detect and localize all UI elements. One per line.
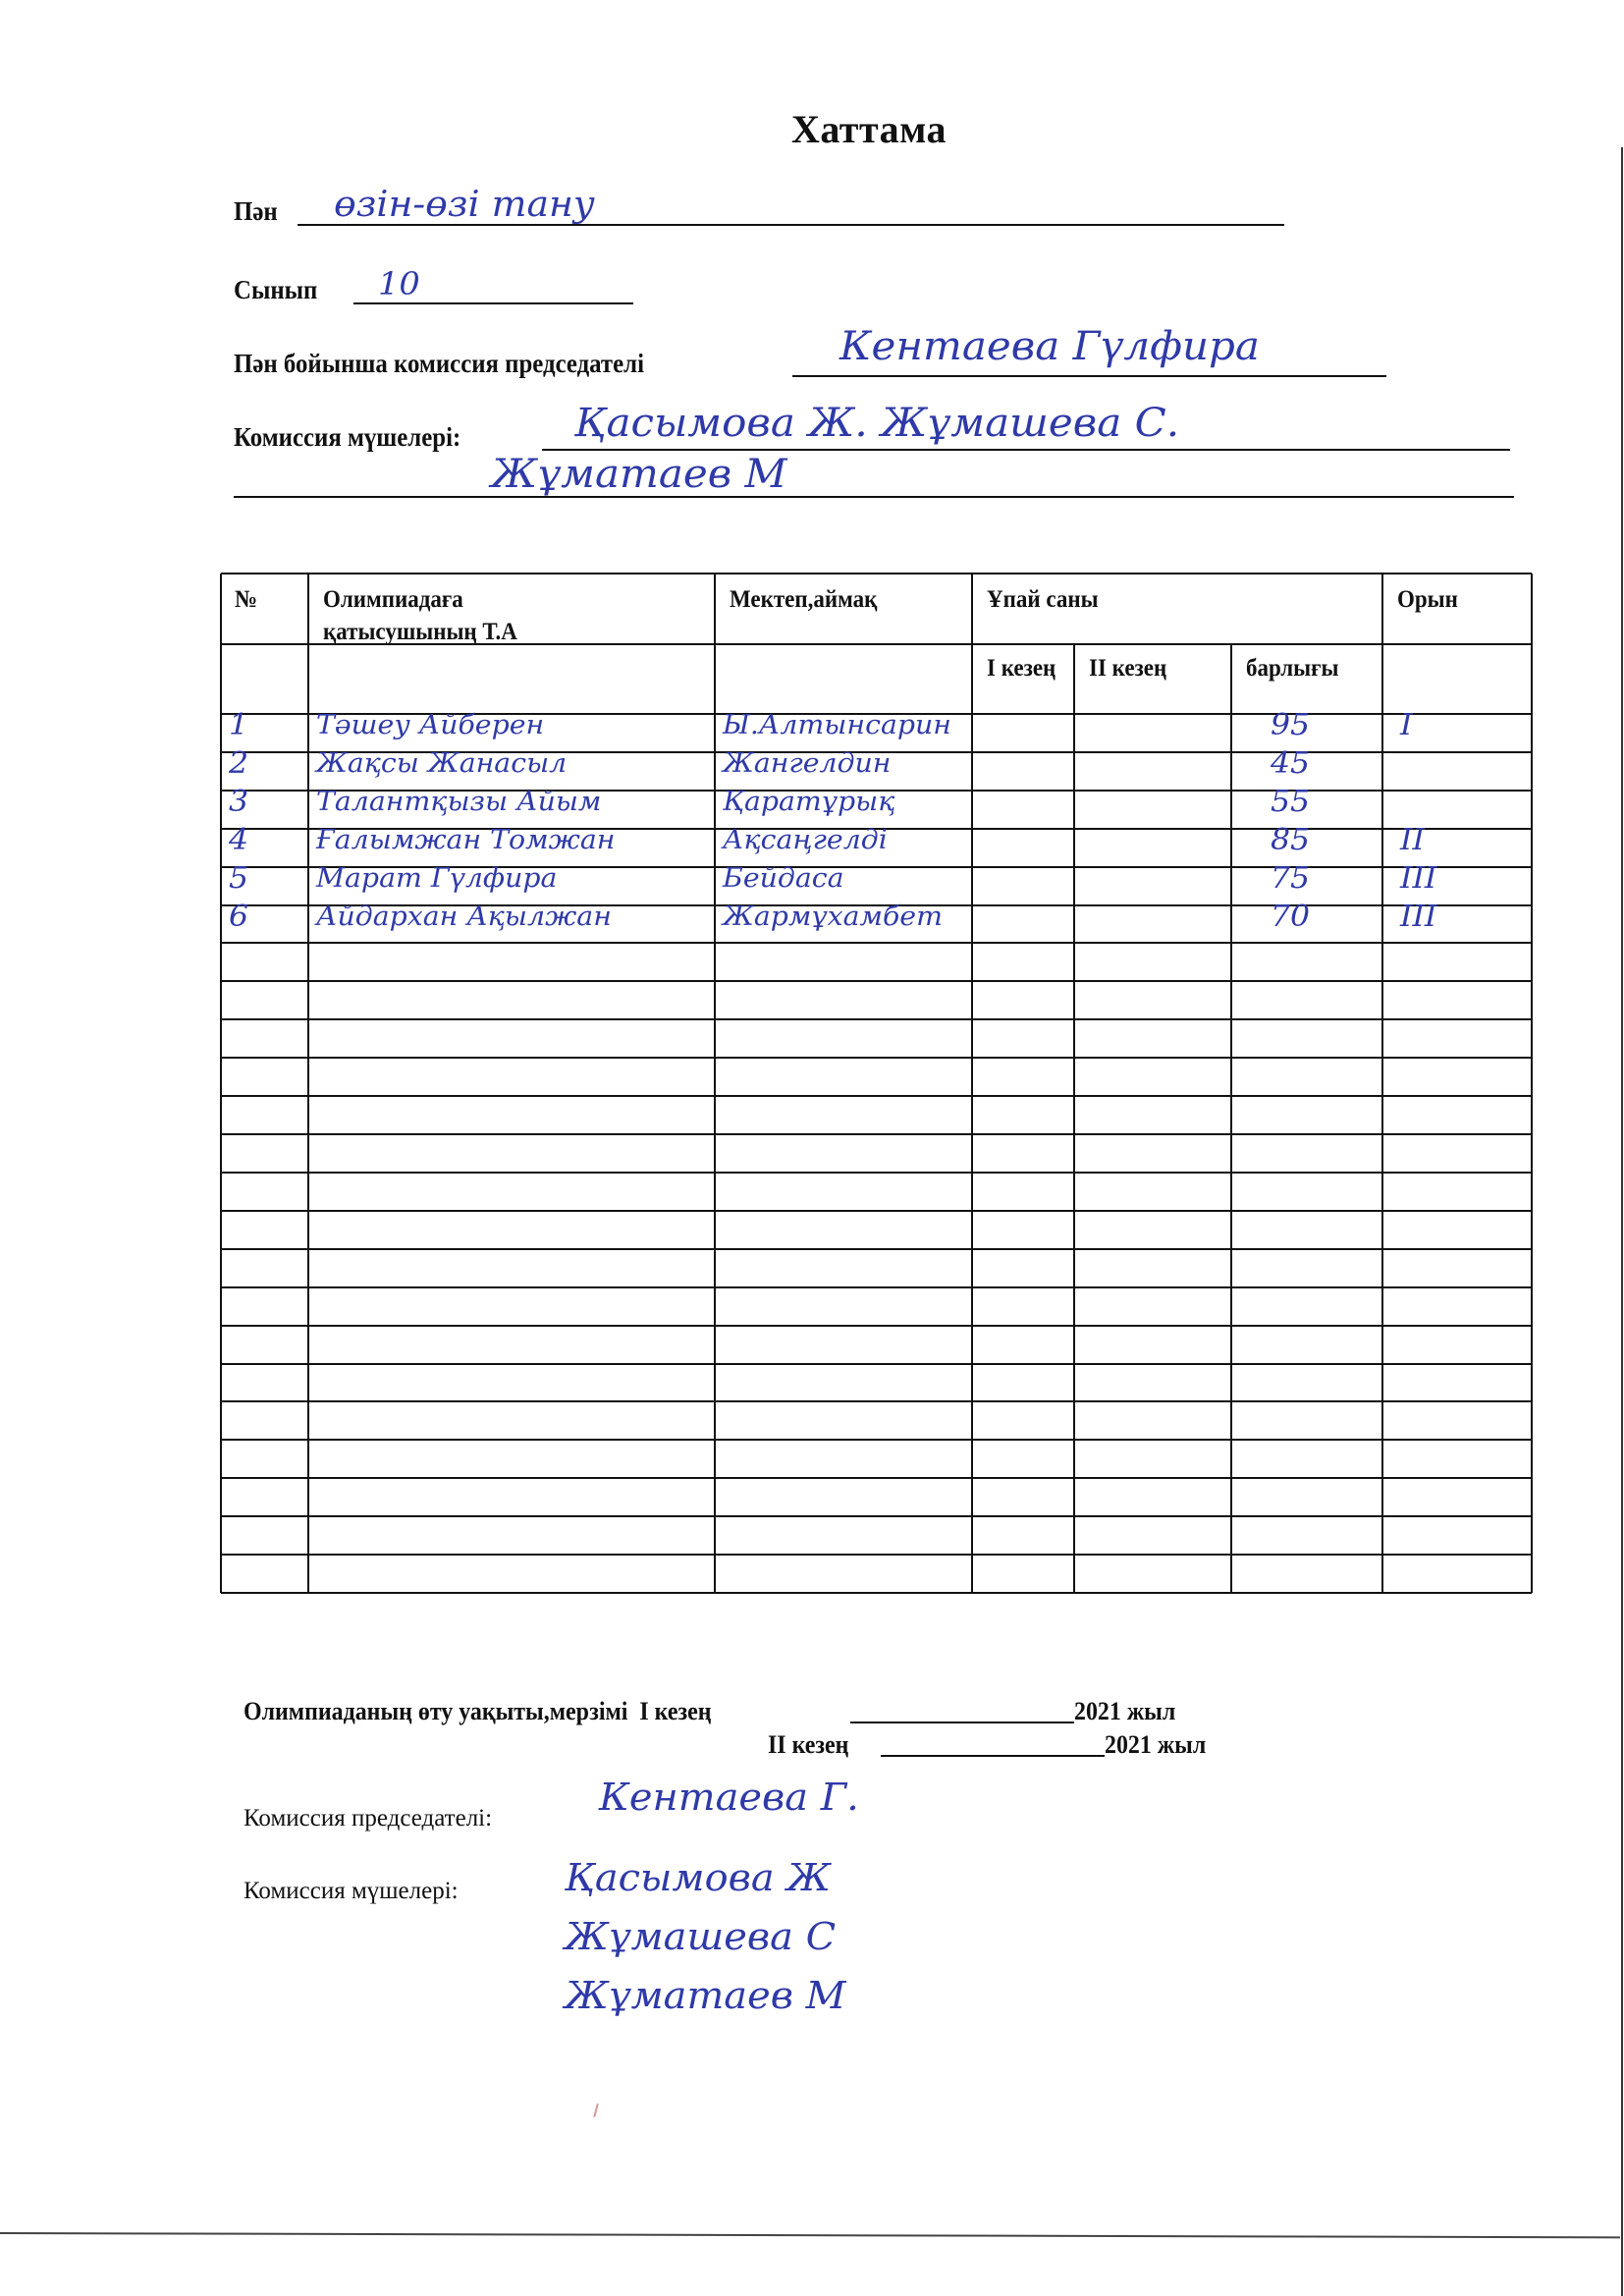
- chair-label: Пән бойынша комиссия председателі: [234, 349, 644, 379]
- school-name-cell[interactable]: [723, 1050, 972, 1088]
- total-score-cell[interactable]: [1271, 1280, 1382, 1318]
- header-school: Мектеп,аймақ: [730, 583, 877, 616]
- place-cell[interactable]: III: [1400, 898, 1532, 936]
- stage1-score-cell[interactable]: [980, 1241, 1074, 1280]
- row-number-cell[interactable]: [229, 1011, 308, 1050]
- stage2-date-label: II кезең: [768, 1730, 848, 1760]
- school-name-cell[interactable]: [723, 1011, 972, 1050]
- row-number-cell[interactable]: [229, 1547, 308, 1585]
- chair-signature: Кентаева Г.: [599, 1776, 859, 1819]
- row-number-cell[interactable]: [229, 1241, 308, 1280]
- school-name-cell[interactable]: [723, 1508, 972, 1547]
- members-signature-label: Комиссия мүшелері:: [244, 1878, 459, 1905]
- total-score-cell[interactable]: [1271, 1203, 1382, 1241]
- header-number: №: [235, 583, 257, 616]
- stage2-score-cell[interactable]: [1082, 935, 1231, 973]
- participant-name-cell[interactable]: [316, 1508, 715, 1547]
- place: III: [1400, 900, 1436, 934]
- stage1-score-cell[interactable]: [980, 935, 1074, 973]
- header-stage2: II кезең: [1089, 652, 1166, 684]
- school-name-cell[interactable]: [723, 1088, 972, 1126]
- school-name-cell[interactable]: [723, 1356, 972, 1394]
- stage1-score-cell[interactable]: [980, 1394, 1074, 1432]
- chair-signature-label: Комиссия председателі:: [244, 1805, 492, 1832]
- grade-value[interactable]: 10: [378, 265, 420, 302]
- total-score-cell[interactable]: 75: [1271, 859, 1382, 898]
- place: II: [1400, 823, 1425, 857]
- stage1-score-cell[interactable]: [980, 1203, 1074, 1241]
- participant-name-cell[interactable]: Тәшеу Айберен: [316, 706, 715, 744]
- ink-speck: [593, 2104, 599, 2117]
- place-cell[interactable]: [1400, 783, 1532, 821]
- school-name: Ы.Алтынсарин: [723, 710, 951, 740]
- members-value-line2[interactable]: Жұматаев М: [491, 452, 787, 497]
- stage1-score-cell[interactable]: [980, 1318, 1074, 1356]
- total-score-cell[interactable]: [1271, 1050, 1382, 1088]
- participant-name-cell[interactable]: [316, 1280, 715, 1318]
- stage1-date-label: I кезең: [639, 1697, 711, 1725]
- total-score-cell[interactable]: [1271, 1088, 1382, 1126]
- total-score-cell[interactable]: [1271, 1165, 1382, 1203]
- stage2-score-cell[interactable]: [1082, 973, 1231, 1011]
- participant-name-cell[interactable]: [316, 1241, 715, 1280]
- stage1-score-cell[interactable]: [980, 1508, 1074, 1547]
- participant-name-cell[interactable]: [316, 973, 715, 1011]
- stage1-score-cell[interactable]: [980, 1470, 1074, 1508]
- chair-value[interactable]: Кентаева Гүлфира: [839, 324, 1260, 369]
- place-cell[interactable]: [1400, 1241, 1532, 1280]
- stage2-score-cell[interactable]: [1082, 1088, 1231, 1126]
- scan-edge-bottom: [0, 2232, 1620, 2238]
- school-name-cell[interactable]: Жангелдин: [723, 744, 972, 783]
- place-cell[interactable]: [1400, 1203, 1532, 1241]
- row-number-cell[interactable]: [229, 1318, 308, 1356]
- place-cell[interactable]: [1400, 744, 1532, 783]
- stage1-score-cell[interactable]: [980, 744, 1074, 783]
- place-cell[interactable]: [1400, 1165, 1532, 1203]
- member-signature-2: Жұмашева С: [565, 1915, 836, 1958]
- participant-name-cell[interactable]: [316, 1470, 715, 1508]
- participant-name-cell[interactable]: [316, 1203, 715, 1241]
- stage1-score-cell[interactable]: [980, 973, 1074, 1011]
- stage2-score-cell[interactable]: [1082, 1203, 1231, 1241]
- total-score-cell[interactable]: [1271, 1470, 1382, 1508]
- period-label: Олимпиаданың өту уақыты,мерзімі I кезең: [244, 1697, 711, 1726]
- school-name-cell[interactable]: [723, 1165, 972, 1203]
- stage2-score-cell[interactable]: [1082, 1241, 1231, 1280]
- participant-name-cell[interactable]: [316, 1394, 715, 1432]
- row-number-cell[interactable]: [229, 1126, 308, 1165]
- school-name: Жармұхамбет: [723, 902, 943, 932]
- header-participant: Олимпиадаға қатысушының Т.А: [323, 583, 558, 648]
- stage1-score-cell[interactable]: [980, 1432, 1074, 1470]
- total-score-cell[interactable]: [1271, 1126, 1382, 1165]
- chair-underline: [792, 375, 1386, 377]
- school-name-cell[interactable]: [723, 1547, 972, 1585]
- participant-name: Жақсы Жанасыл: [316, 748, 567, 779]
- participant-name-cell[interactable]: [316, 1165, 715, 1203]
- row-number: 1: [229, 708, 248, 742]
- scan-edge-right: [1621, 147, 1623, 2296]
- participant-name-cell[interactable]: [316, 1318, 715, 1356]
- stage2-score-cell[interactable]: [1082, 706, 1231, 744]
- row-number: 2: [229, 746, 248, 781]
- row-number-cell[interactable]: [229, 1432, 308, 1470]
- member-signature-3: Жұматаев М: [565, 1974, 845, 2017]
- total-score: 85: [1271, 823, 1310, 857]
- stage1-score-cell[interactable]: [980, 1088, 1074, 1126]
- school-name: Ақсаңгелді: [723, 825, 888, 855]
- row-number-cell[interactable]: [229, 1203, 308, 1241]
- participant-name: Марат Гүлфира: [316, 863, 557, 894]
- stage2-score-cell[interactable]: [1082, 1050, 1231, 1088]
- total-score-cell[interactable]: [1271, 1394, 1382, 1432]
- grade-label: Сынып: [234, 275, 317, 305]
- row-number-cell[interactable]: [229, 1088, 308, 1126]
- place-cell[interactable]: I: [1400, 706, 1532, 744]
- total-score: 55: [1271, 785, 1310, 819]
- total-score-cell[interactable]: 95: [1271, 706, 1382, 744]
- row-number-cell[interactable]: [229, 1508, 308, 1547]
- place-cell[interactable]: [1400, 1126, 1532, 1165]
- stage2-score-cell[interactable]: [1082, 1011, 1231, 1050]
- stage2-score-cell[interactable]: [1082, 1432, 1231, 1470]
- stage1-score-cell[interactable]: [980, 1280, 1074, 1318]
- stage2-score-cell[interactable]: [1082, 1126, 1231, 1165]
- stage1-score-cell[interactable]: [980, 783, 1074, 821]
- place-cell[interactable]: [1400, 1508, 1532, 1547]
- row-number-cell[interactable]: 4: [229, 821, 308, 859]
- place: I: [1400, 708, 1412, 742]
- stage2-year: 2021 жыл: [1105, 1730, 1206, 1760]
- row-number-cell[interactable]: 5: [229, 859, 308, 898]
- school-name-cell[interactable]: [723, 935, 972, 973]
- total-score-cell[interactable]: 55: [1271, 783, 1382, 821]
- stage1-score-cell[interactable]: [980, 1547, 1074, 1585]
- total-score-cell[interactable]: [1271, 1011, 1382, 1050]
- stage1-score-cell[interactable]: [980, 859, 1074, 898]
- stage2-score-cell[interactable]: [1082, 1318, 1231, 1356]
- participant-name-cell[interactable]: [316, 1356, 715, 1394]
- stage1-score-cell[interactable]: [980, 821, 1074, 859]
- stage1-score-cell[interactable]: [980, 1050, 1074, 1088]
- place-cell[interactable]: [1400, 1011, 1532, 1050]
- row-number-cell[interactable]: 1: [229, 706, 308, 744]
- school-name-cell[interactable]: [723, 1203, 972, 1241]
- place-cell[interactable]: [1400, 935, 1532, 973]
- participant-name-cell[interactable]: [316, 935, 715, 973]
- participant-name-cell[interactable]: Жақсы Жанасыл: [316, 744, 715, 783]
- stage1-score-cell[interactable]: [980, 1165, 1074, 1203]
- stage2-score-cell[interactable]: [1082, 1165, 1231, 1203]
- participant-name-cell[interactable]: [316, 1547, 715, 1585]
- document-title: Хаттама: [0, 106, 1624, 152]
- table-row-border: [221, 573, 1532, 574]
- school-name: Бейдаса: [723, 863, 844, 894]
- members-value-line1[interactable]: Қасымова Ж. Жұмашева С.: [574, 401, 1179, 446]
- place-cell[interactable]: III: [1400, 859, 1532, 898]
- row-number-cell[interactable]: [229, 1280, 308, 1318]
- stage1-year: 2021 жыл: [1074, 1697, 1175, 1726]
- school-name-cell[interactable]: Қаратұрық: [723, 783, 972, 821]
- place-cell[interactable]: [1400, 1432, 1532, 1470]
- grade-underline: [353, 302, 633, 304]
- table-row-border: [221, 643, 1532, 645]
- stage1-score-cell[interactable]: [980, 898, 1074, 936]
- participant-name-cell[interactable]: [316, 1088, 715, 1126]
- school-name-cell[interactable]: [723, 1432, 972, 1470]
- stage2-score-cell[interactable]: [1082, 783, 1231, 821]
- stage2-score-cell[interactable]: [1082, 859, 1231, 898]
- total-score: 95: [1271, 708, 1310, 742]
- school-name-cell[interactable]: Ақсаңгелді: [723, 821, 972, 859]
- total-score: 70: [1271, 900, 1310, 934]
- total-score-cell[interactable]: [1271, 1356, 1382, 1394]
- place: III: [1400, 861, 1436, 896]
- stage2-date-field[interactable]: [881, 1755, 1105, 1757]
- place-cell[interactable]: [1400, 1280, 1532, 1318]
- participant-name: Талантқызы Айым: [316, 787, 601, 817]
- participant-name-cell[interactable]: [316, 1126, 715, 1165]
- school-name: Жангелдин: [723, 748, 891, 779]
- row-number: 6: [229, 900, 248, 934]
- row-number-cell[interactable]: [229, 1165, 308, 1203]
- header-place: Орын: [1397, 583, 1458, 616]
- school-name-cell[interactable]: [723, 1394, 972, 1432]
- participant-name-cell[interactable]: [316, 1011, 715, 1050]
- subject-label: Пән: [234, 196, 278, 227]
- total-score: 75: [1271, 861, 1310, 896]
- row-number-cell[interactable]: [229, 1050, 308, 1088]
- table-row: [221, 1555, 1532, 1593]
- place-cell[interactable]: [1400, 973, 1532, 1011]
- members-underline-2: [234, 496, 1514, 498]
- total-score-cell[interactable]: [1271, 1318, 1382, 1356]
- total-score-cell[interactable]: 70: [1271, 898, 1382, 936]
- stage2-score-cell[interactable]: [1082, 1470, 1231, 1508]
- stage2-score-cell[interactable]: [1082, 1394, 1231, 1432]
- school-name-cell[interactable]: [723, 1318, 972, 1356]
- place-cell[interactable]: [1400, 1470, 1532, 1508]
- row-number: 4: [229, 823, 248, 857]
- school-name: Қаратұрық: [723, 787, 894, 817]
- stage1-score-cell[interactable]: [980, 1011, 1074, 1050]
- school-name-cell[interactable]: [723, 1280, 972, 1318]
- total-score-cell[interactable]: [1271, 1508, 1382, 1547]
- participant-name: Айдархан Ақылжан: [316, 902, 612, 932]
- row-number-cell[interactable]: [229, 973, 308, 1011]
- row-number: 5: [229, 861, 248, 896]
- members-label: Комиссия мүшелері:: [234, 422, 460, 453]
- stage1-score-cell[interactable]: [980, 1126, 1074, 1165]
- place-cell[interactable]: [1400, 1050, 1532, 1088]
- stage2-score-cell[interactable]: [1082, 1508, 1231, 1547]
- total-score-cell[interactable]: [1271, 935, 1382, 973]
- total-score-cell[interactable]: 85: [1271, 821, 1382, 859]
- total-score-cell[interactable]: [1271, 1432, 1382, 1470]
- participant-name-cell[interactable]: Айдархан Ақылжан: [316, 898, 715, 936]
- stage2-score-cell[interactable]: [1082, 1280, 1231, 1318]
- stage1-score-cell[interactable]: [980, 1356, 1074, 1394]
- row-number-cell[interactable]: [229, 1470, 308, 1508]
- stage1-date-field[interactable]: [850, 1722, 1074, 1723]
- school-name-cell[interactable]: [723, 973, 972, 1011]
- school-name-cell[interactable]: Жармұхамбет: [723, 898, 972, 936]
- stage2-score-cell[interactable]: [1082, 1356, 1231, 1394]
- total-score-cell[interactable]: 45: [1271, 744, 1382, 783]
- place-cell[interactable]: [1400, 1088, 1532, 1126]
- place-cell[interactable]: [1400, 1394, 1532, 1432]
- place-cell[interactable]: [1400, 1318, 1532, 1356]
- school-name-cell[interactable]: [723, 1126, 972, 1165]
- stage2-score-cell[interactable]: [1082, 898, 1231, 936]
- school-name-cell[interactable]: Бейдаса: [723, 859, 972, 898]
- participant-name-cell[interactable]: Талантқызы Айым: [316, 783, 715, 821]
- row-number-cell[interactable]: 3: [229, 783, 308, 821]
- participant-name-cell[interactable]: Марат Гүлфира: [316, 859, 715, 898]
- row-number-cell[interactable]: [229, 1394, 308, 1432]
- results-table: № Олимпиадаға қатысушының Т.А Мектеп,айм…: [221, 574, 1532, 1593]
- participant-name: Тәшеу Айберен: [316, 710, 544, 740]
- total-score-cell[interactable]: [1271, 1547, 1382, 1585]
- header-points: Ұпай саны: [987, 583, 1099, 616]
- subject-value[interactable]: өзін-өзі тану: [334, 185, 595, 225]
- school-name-cell[interactable]: [723, 1470, 972, 1508]
- row-number-cell[interactable]: [229, 935, 308, 973]
- participant-name: Ғалымжан Томжан: [316, 825, 615, 855]
- total-score-cell[interactable]: [1271, 1241, 1382, 1280]
- participant-name-cell[interactable]: [316, 1432, 715, 1470]
- place-cell[interactable]: II: [1400, 821, 1532, 859]
- participant-name-cell[interactable]: Ғалымжан Томжан: [316, 821, 715, 859]
- total-score: 45: [1271, 746, 1310, 781]
- row-number-cell[interactable]: [229, 1356, 308, 1394]
- school-name-cell[interactable]: Ы.Алтынсарин: [723, 706, 972, 744]
- header-total: барлығы: [1246, 652, 1338, 684]
- stage2-score-cell[interactable]: [1082, 1547, 1231, 1585]
- total-score-cell[interactable]: [1271, 973, 1382, 1011]
- school-name-cell[interactable]: [723, 1241, 972, 1280]
- place-cell[interactable]: [1400, 1547, 1532, 1585]
- stage2-score-cell[interactable]: [1082, 821, 1231, 859]
- stage2-score-cell[interactable]: [1082, 744, 1231, 783]
- row-number-cell[interactable]: 6: [229, 898, 308, 936]
- row-number-cell[interactable]: 2: [229, 744, 308, 783]
- place-cell[interactable]: [1400, 1356, 1532, 1394]
- period-text: Олимпиаданың өту уақыты,мерзімі: [244, 1697, 627, 1725]
- members-underline-1: [542, 449, 1510, 451]
- stage1-score-cell[interactable]: [980, 706, 1074, 744]
- row-number: 3: [229, 785, 248, 819]
- participant-name-cell[interactable]: [316, 1050, 715, 1088]
- member-signature-1: Қасымова Ж: [565, 1856, 831, 1899]
- header-stage1: I кезең: [987, 652, 1059, 684]
